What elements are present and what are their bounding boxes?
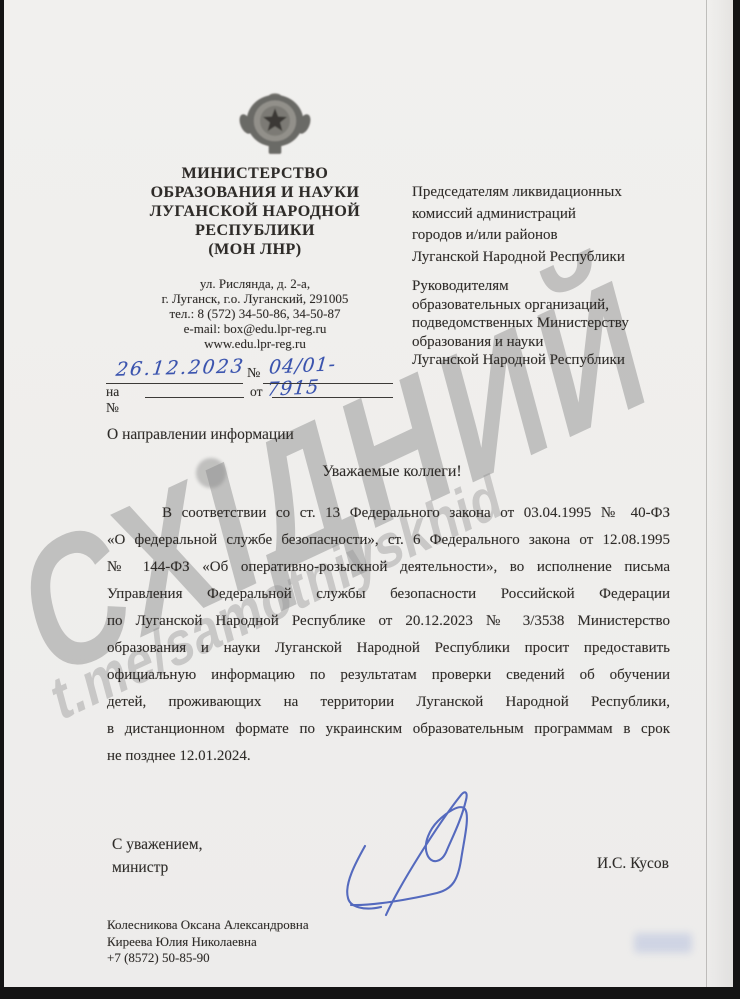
recipient-line: образования и науки — [412, 333, 712, 352]
signature-closing: С уважением, министр — [112, 833, 203, 879]
ministry-address: ул. Рислянда, д. 2-а,г. Луганск, г.о. Лу… — [102, 276, 408, 351]
body-line: образования и науки Луганской Народной Р… — [107, 635, 670, 662]
recipient-line: Луганской Народной Республики — [412, 351, 712, 370]
recipient-line: образовательных организаций, — [412, 296, 712, 315]
greeting-line: Уважаемые коллеги! — [107, 463, 677, 481]
address-line: тел.: 8 (572) 34-50-86, 34-50-87 — [102, 306, 408, 321]
letterhead-line: ЛУГАНСКОЙ НАРОДНОЙ — [102, 202, 408, 221]
reply-date-underline — [272, 381, 393, 398]
address-line: ул. Рислянда, д. 2-а, — [102, 276, 408, 291]
contact-line: Киреева Юлия Николаевна — [107, 934, 309, 951]
recipient-line: Луганской Народной Республики — [412, 247, 712, 269]
recipient-line: подведомственных Министерству — [412, 314, 712, 333]
reply-from-label: от — [250, 384, 262, 400]
recipients-block-organizations: Руководителямобразовательных организаций… — [412, 277, 712, 370]
subject-line: О направлении информации — [107, 426, 294, 444]
body-line: «О федеральной службе безопасности», ст.… — [107, 527, 670, 554]
letter-body: В соответствии со ст. 13 Федерального за… — [107, 500, 670, 770]
signer-title: министр — [112, 856, 203, 879]
reply-number-underline — [145, 381, 244, 398]
body-line: Управления Федеральной службы безопаснос… — [107, 581, 670, 608]
ink-bleed-mark — [634, 933, 692, 953]
body-line: детей, проживающих на территории Луганск… — [107, 689, 670, 716]
body-line: в дистанционном формате по украинским об… — [107, 716, 670, 743]
contact-persons: Колесникова Оксана АлександровнаКиреева … — [107, 917, 309, 967]
recipient-line: городов и/или районов — [412, 225, 712, 247]
letterhead-line: (МОН ЛНР) — [102, 240, 408, 259]
recipient-line: комиссий администраций — [412, 204, 712, 226]
recipients-block-commissions: Председателям ликвидационныхкомиссий адм… — [412, 182, 712, 268]
letterhead-line: РЕСПУБЛИКИ — [102, 221, 408, 240]
body-line: официальную информацию по результатам пр… — [107, 662, 670, 689]
letterhead-line: МИНИСТЕРСТВО — [102, 164, 408, 183]
address-line: www.edu.lpr-reg.ru — [102, 336, 408, 351]
contact-line: Колесникова Оксана Александровна — [107, 917, 309, 934]
lnr-coat-of-arms-icon — [235, 91, 315, 157]
scanned-letter: СХІДНИЙ t.me/samotniyskhid МИНИСТЕРСТВОО… — [0, 0, 740, 999]
closing-line: С уважением, — [112, 833, 203, 856]
body-line: № 144-ФЗ «Об оперативно-розыскной деятел… — [107, 554, 670, 581]
body-line: по Луганской Народной Республике от 20.1… — [107, 608, 670, 635]
address-line: e-mail: box@edu.lpr-reg.ru — [102, 321, 408, 336]
recipient-line: Руководителям — [412, 277, 712, 296]
ministry-letterhead: МИНИСТЕРСТВООБРАЗОВАНИЯ И НАУКИЛУГАНСКОЙ… — [102, 164, 408, 259]
body-line: В соответствии со ст. 13 Федерального за… — [107, 500, 670, 527]
reply-to-label: на № — [106, 384, 119, 416]
recipient-line: Председателям ликвидационных — [412, 182, 712, 204]
body-line: не позднее 12.01.2024. — [107, 743, 670, 770]
letterhead-line: ОБРАЗОВАНИЯ И НАУКИ — [102, 183, 408, 202]
document-page: СХІДНИЙ t.me/samotniyskhid МИНИСТЕРСТВОО… — [4, 0, 733, 987]
number-label: № — [247, 366, 260, 382]
address-line: г. Луганск, г.о. Луганский, 291005 — [102, 291, 408, 306]
contact-line: +7 (8572) 50-85-90 — [107, 950, 309, 967]
handwritten-signature — [334, 780, 479, 922]
signer-name: И.С. Кусов — [484, 855, 669, 873]
